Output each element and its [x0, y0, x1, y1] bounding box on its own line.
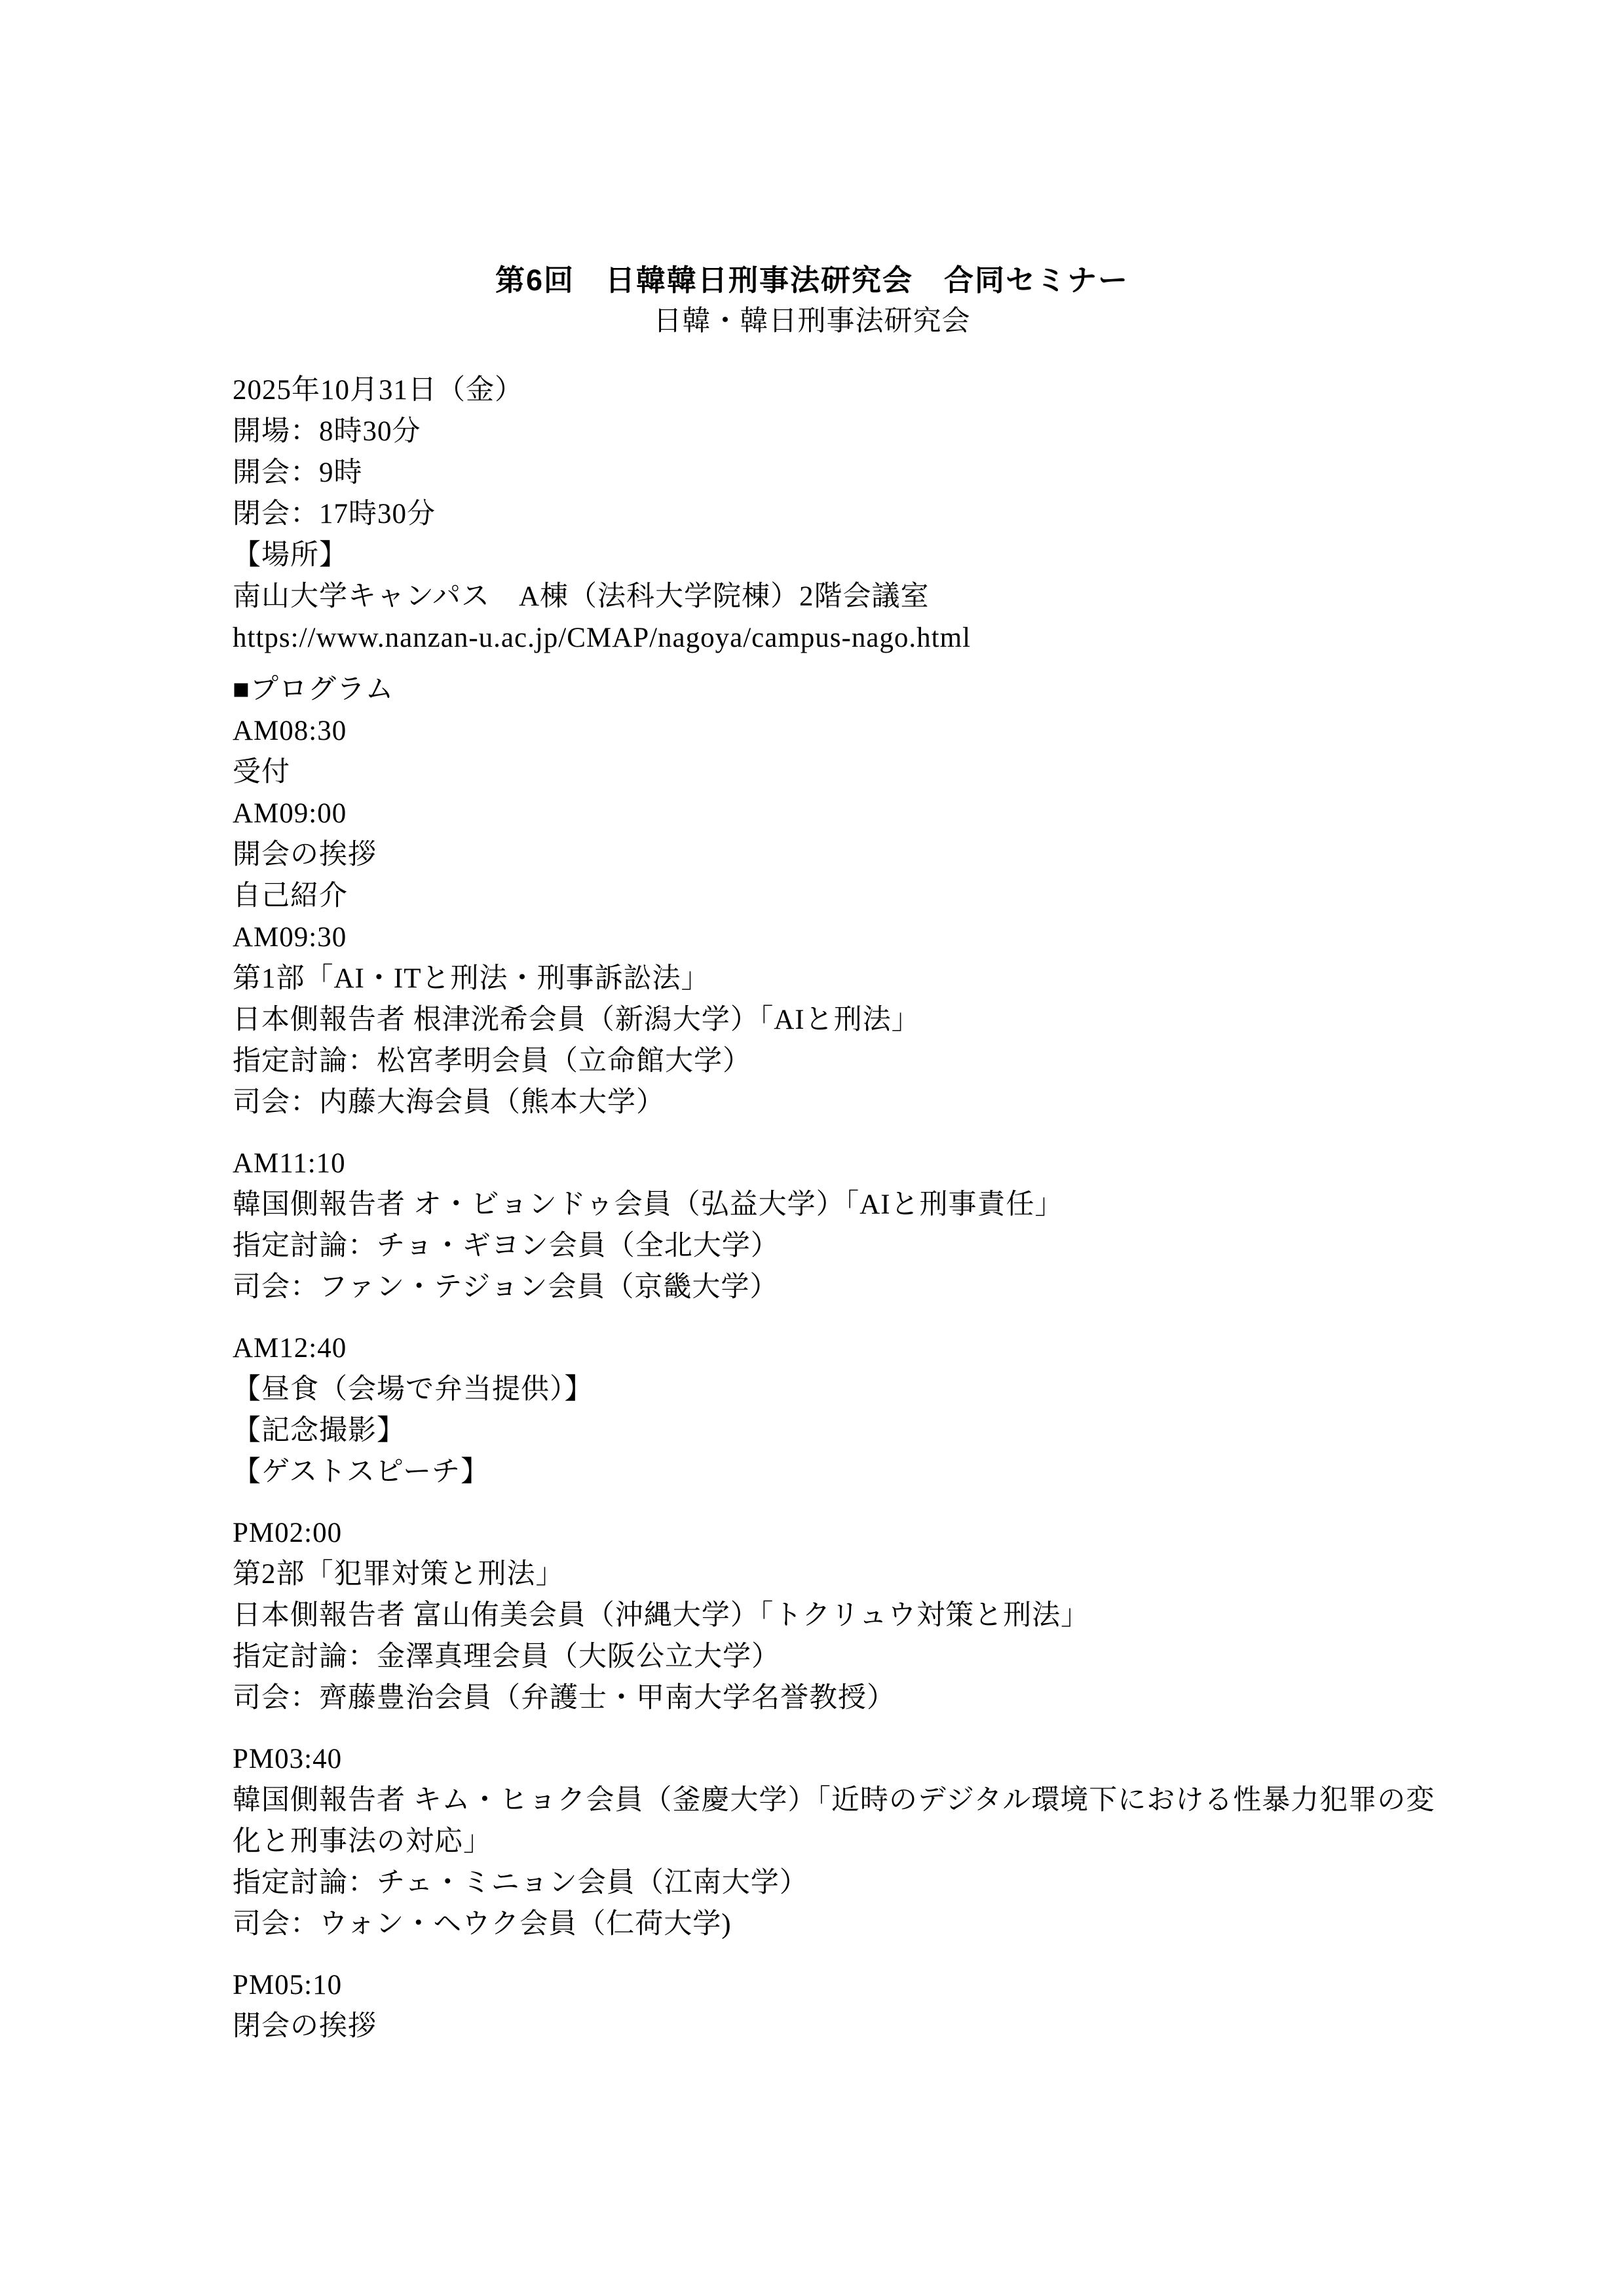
event-info-line: 閉会：17時30分	[233, 493, 1441, 535]
program-morning-line: 受付	[233, 752, 1441, 793]
document-content: 2025年10月31日（金）開場：8時30分開会：9時閉会：17時30分【場所】…	[233, 370, 1441, 2047]
program-morning-line: ■プログラム	[233, 669, 1441, 710]
program-am1110-line: 韓国側報告者 オ・ビョンドゥ会員（弘益大学）「AIと刑事責任」	[233, 1184, 1441, 1225]
program-morning-line: 自己紹介	[233, 875, 1441, 917]
document-title: 第6回 日韓韓日刑事法研究会 合同セミナー	[0, 259, 1624, 301]
program-morning-line: AM09:00	[233, 793, 1441, 834]
program-pm0200-line: PM02:00	[233, 1512, 1441, 1554]
program-am1240-line: AM12:40	[233, 1328, 1441, 1369]
section-program-pm0340: PM03:40韓国側報告者 キム・ヒョク会員（釜慶大学）「近時のデジタル環境下に…	[233, 1738, 1441, 1945]
event-info-line: 【場所】	[233, 535, 1441, 576]
document-page: 第6回 日韓韓日刑事法研究会 合同セミナー 日韓・韓日刑事法研究会 2025年1…	[0, 0, 1624, 2296]
section-program-pm0510: PM05:10閉会の挨拶	[233, 1964, 1441, 2047]
program-pm0200-line: 第2部「犯罪対策と刑法」	[233, 1554, 1441, 1595]
document-subtitle: 日韓・韓日刑事法研究会	[0, 301, 1624, 342]
event-info-line: 開会：9時	[233, 452, 1441, 493]
document-header: 第6回 日韓韓日刑事法研究会 合同セミナー 日韓・韓日刑事法研究会	[0, 0, 1624, 342]
program-am1110-line: 指定討論：チョ・ギヨン会員（全北大学）	[233, 1225, 1441, 1267]
section-program-morning: ■プログラムAM08:30受付AM09:00開会の挨拶自己紹介AM09:30第1…	[233, 669, 1441, 1123]
program-am1240-line: 【昼食（会場で弁当提供）】	[233, 1369, 1441, 1410]
program-pm0340-line: 韓国側報告者 キム・ヒョク会員（釜慶大学）「近時のデジタル環境下における性暴力犯…	[233, 1780, 1441, 1862]
event-info-line: 2025年10月31日（金）	[233, 370, 1441, 411]
event-info-line: https://www.nanzan-u.ac.jp/CMAP/nagoya/c…	[233, 617, 1441, 659]
program-morning-line: 開会の挨拶	[233, 834, 1441, 875]
section-event-info: 2025年10月31日（金）開場：8時30分開会：9時閉会：17時30分【場所】…	[233, 370, 1441, 659]
program-pm0340-line: 司会：ウォン・ヘウク会員（仁荷大学)	[233, 1904, 1441, 1945]
program-morning-line: AM09:30	[233, 917, 1441, 958]
program-morning-line: 日本側報告者 根津洸希会員（新潟大学）「AIと刑法」	[233, 999, 1441, 1041]
program-pm0510-line: PM05:10	[233, 1964, 1441, 2006]
section-program-pm0200: PM02:00第2部「犯罪対策と刑法」日本側報告者 富山侑美会員（沖縄大学）「ト…	[233, 1512, 1441, 1719]
event-info-line: 開場：8時30分	[233, 411, 1441, 452]
program-pm0200-line: 指定討論：金澤真理会員（大阪公立大学）	[233, 1636, 1441, 1677]
program-pm0200-line: 司会：齊藤豊治会員（弁護士・甲南大学名誉教授）	[233, 1677, 1441, 1719]
program-am1240-line: 【記念撮影】	[233, 1410, 1441, 1451]
program-morning-line: 指定討論：松宮孝明会員（立命館大学）	[233, 1041, 1441, 1082]
program-morning-line: 司会：内藤大海会員（熊本大学）	[233, 1082, 1441, 1123]
program-pm0200-line: 日本側報告者 富山侑美会員（沖縄大学）「トクリュウ対策と刑法」	[233, 1595, 1441, 1636]
program-morning-line: 第1部「AI・ITと刑法・刑事訴訟法」	[233, 958, 1441, 999]
event-info-line: 南山大学キャンパス A棟（法科大学院棟）2階会議室	[233, 576, 1441, 617]
section-program-am1110: AM11:10韓国側報告者 オ・ビョンドゥ会員（弘益大学）「AIと刑事責任」指定…	[233, 1143, 1441, 1308]
program-pm0510-line: 閉会の挨拶	[233, 2006, 1441, 2047]
program-pm0340-line: 指定討論：チェ・ミニョン会員（江南大学）	[233, 1862, 1441, 1904]
program-morning-line: AM08:30	[233, 710, 1441, 752]
program-am1240-line: 【ゲストスピーチ】	[233, 1451, 1441, 1493]
program-am1110-line: AM11:10	[233, 1143, 1441, 1184]
program-pm0340-line: PM03:40	[233, 1738, 1441, 1780]
program-am1110-line: 司会：ファン・テジョン会員（京畿大学）	[233, 1267, 1441, 1308]
section-program-am1240: AM12:40【昼食（会場で弁当提供）】【記念撮影】【ゲストスピーチ】	[233, 1328, 1441, 1493]
